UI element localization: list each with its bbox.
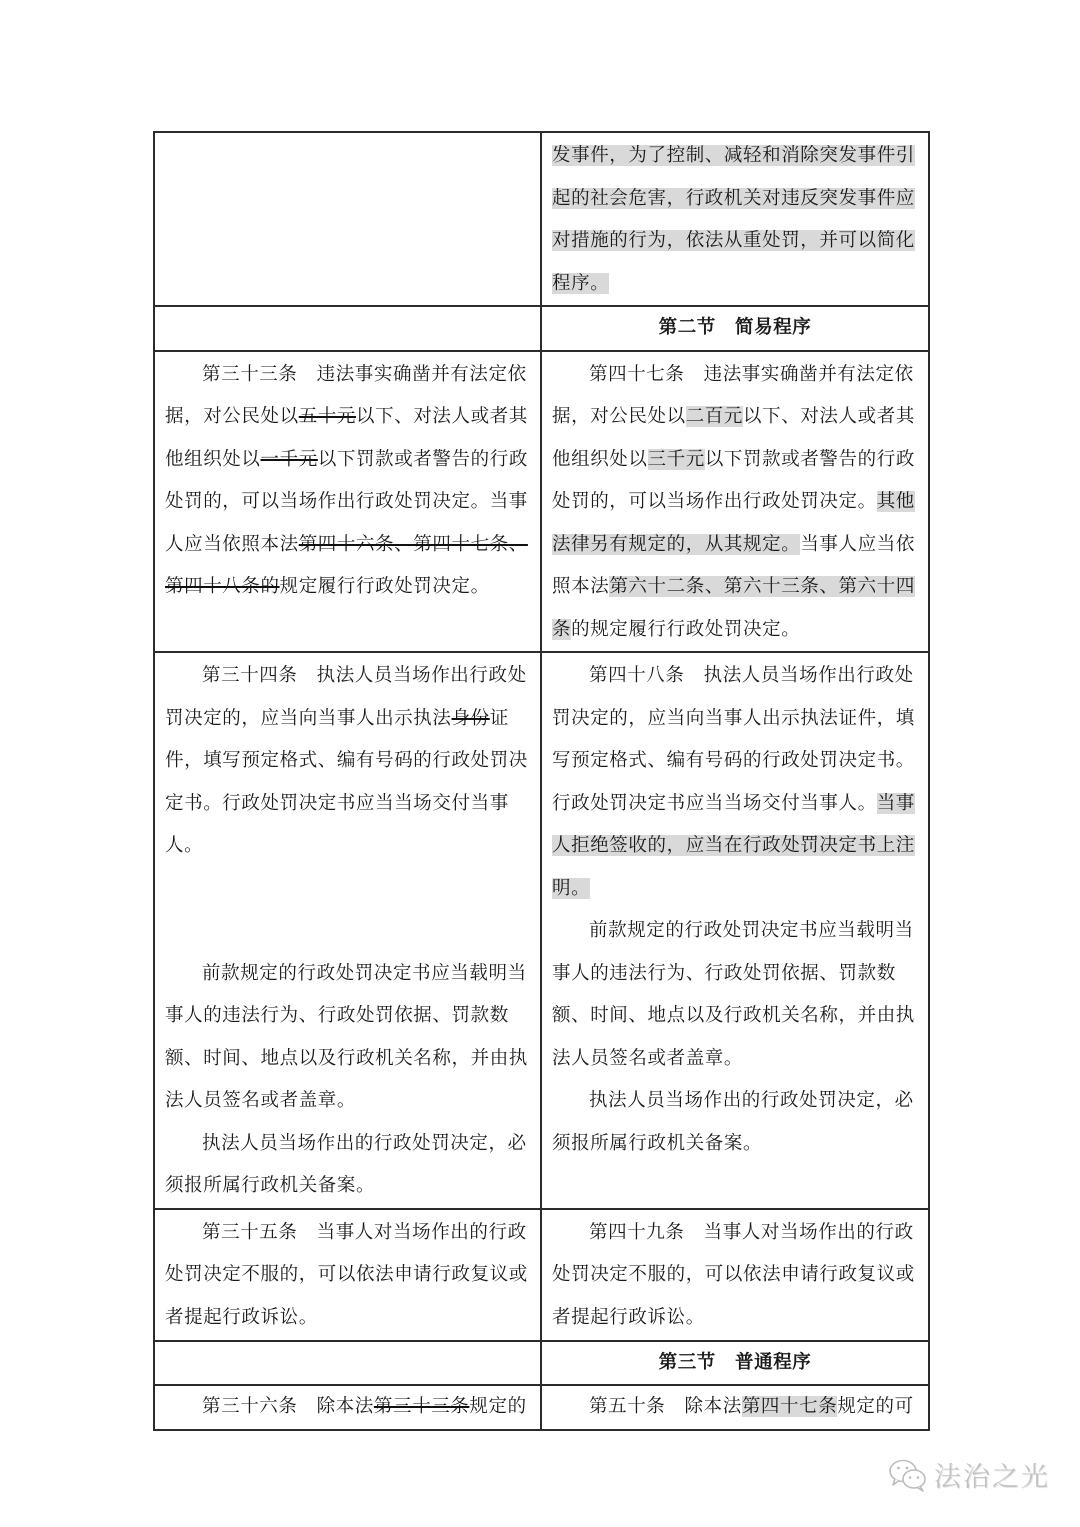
- new-text-cell: 发事件，为了控制、减轻和消除突发事件引起的社会危害，行政机关对违反突发事件应对措…: [541, 132, 929, 306]
- text-segment: 前款规定的行政处罚决定书应当载明当事人的违法行为、行政处罚依据、罚款数额、时间、…: [552, 920, 915, 1069]
- article-paragraph: 第三十三条 违法事实确凿并有法定依据，对公民处以五十元以下、对法人或者其他组织处…: [165, 354, 530, 609]
- old-text-cell: 第三十三条 违法事实确凿并有法定依据，对公民处以五十元以下、对法人或者其他组织处…: [154, 351, 541, 653]
- old-text-cell: [154, 306, 541, 351]
- added-text: 三千元: [648, 449, 705, 470]
- new-text-cell: 第二节 简易程序: [541, 306, 929, 351]
- new-text-cell: 第四十八条 执法人员当场作出行政处罚决定的，应当向当事人出示执法证件，填写预定格…: [541, 652, 929, 1209]
- old-text-cell: [154, 132, 541, 306]
- text-segment: 规定履行行政处罚决定。: [280, 576, 490, 597]
- added-text: 二百元: [686, 406, 743, 427]
- new-text-cell: 第三节 普通程序: [541, 1341, 929, 1386]
- deleted-text: 一千元: [261, 449, 318, 470]
- wechat-icon: [888, 1458, 928, 1492]
- article-paragraph: 执法人员当场作出的行政处罚决定，必须报所属行政机关备案。: [165, 1123, 530, 1208]
- new-text-cell: 第四十九条 当事人对当场作出的行政处罚决定不服的，可以依法申请行政复议或者提起行…: [541, 1209, 929, 1341]
- section-heading: 第三节 普通程序: [552, 1342, 918, 1385]
- old-text-cell: 第三十五条 当事人对当场作出的行政处罚决定不服的，可以依法申请行政复议或者提起行…: [154, 1209, 541, 1341]
- article-paragraph: 发事件，为了控制、减轻和消除突发事件引起的社会危害，行政机关对违反突发事件应对措…: [552, 135, 918, 305]
- old-text-cell: 第三十六条 除本法第三十三条规定的: [154, 1385, 541, 1430]
- table-row: 第三十六条 除本法第三十三条规定的第五十条 除本法第四十七条规定的可: [154, 1385, 929, 1430]
- watermark: 法治之光: [888, 1455, 1050, 1494]
- deleted-text: 第三十三条: [374, 1396, 470, 1417]
- deleted-text: 身份: [452, 708, 490, 729]
- text-segment: 第四十九条 当事人对当场作出的行政处罚决定不服的，可以依法申请行政复议或者提起行…: [552, 1222, 915, 1328]
- table-row: 第三十五条 当事人对当场作出的行政处罚决定不服的，可以依法申请行政复议或者提起行…: [154, 1209, 929, 1341]
- added-text: 发事件，为了控制、减轻和消除突发事件引起的社会危害，行政机关对违反突发事件应对措…: [552, 145, 915, 294]
- old-text-cell: [154, 1341, 541, 1386]
- table-row: 发事件，为了控制、减轻和消除突发事件引起的社会危害，行政机关对违反突发事件应对措…: [154, 132, 929, 306]
- new-text-cell: 第五十条 除本法第四十七条规定的可: [541, 1385, 929, 1430]
- article-paragraph: 第四十八条 执法人员当场作出行政处罚决定的，应当向当事人出示执法证件，填写预定格…: [552, 655, 918, 910]
- article-paragraph: 第三十五条 当事人对当场作出的行政处罚决定不服的，可以依法申请行政复议或者提起行…: [165, 1212, 530, 1340]
- document-page: 发事件，为了控制、减轻和消除突发事件引起的社会危害，行政机关对违反突发事件应对措…: [0, 0, 1080, 1527]
- text-segment: 第五十条 除本法: [589, 1396, 742, 1417]
- section-heading: 第二节 简易程序: [552, 307, 918, 350]
- table-row: 第三节 普通程序: [154, 1341, 929, 1386]
- text-segment: 前款规定的行政处罚决定书应当载明当事人的违法行为、行政处罚依据、罚款数额、时间、…: [165, 963, 528, 1112]
- article-paragraph: 第五十条 除本法第四十七条规定的可: [552, 1386, 918, 1429]
- article-paragraph: 第三十六条 除本法第三十三条规定的: [165, 1386, 530, 1429]
- text-segment: 第三十六条 除本法: [202, 1396, 374, 1417]
- article-paragraph: 前款规定的行政处罚决定书应当载明当事人的违法行为、行政处罚依据、罚款数额、时间、…: [165, 953, 530, 1123]
- text-segment: 执法人员当场作出的行政处罚决定，必须报所属行政机关备案。: [165, 1133, 527, 1197]
- text-segment: 规定的可: [837, 1396, 913, 1417]
- spacer: [165, 868, 530, 953]
- text-segment: 规定的: [469, 1396, 526, 1417]
- new-text-cell: 第四十七条 违法事实确凿并有法定依据，对公民处以二百元以下、对法人或者其他组织处…: [541, 351, 929, 653]
- text-segment: 执法人员当场作出的行政处罚决定，必须报所属行政机关备案。: [552, 1090, 914, 1154]
- article-paragraph: 执法人员当场作出的行政处罚决定，必须报所属行政机关备案。: [552, 1080, 918, 1165]
- article-paragraph: 前款规定的行政处罚决定书应当载明当事人的违法行为、行政处罚依据、罚款数额、时间、…: [552, 910, 918, 1080]
- article-paragraph: 第四十九条 当事人对当场作出的行政处罚决定不服的，可以依法申请行政复议或者提起行…: [552, 1212, 918, 1340]
- table-row: 第二节 简易程序: [154, 306, 929, 351]
- old-text-cell: 第三十四条 执法人员当场作出行政处罚决定的，应当向当事人出示执法身份证件，填写预…: [154, 652, 541, 1209]
- text-segment: 证件，填写预定格式、编有号码的行政处罚决定书。行政处罚决定书应当当场交付当事人。: [165, 708, 528, 857]
- deleted-text: 五十元: [299, 406, 356, 427]
- text-segment: 第四十八条 执法人员当场作出行政处罚决定的，应当向当事人出示执法证件，填写预定格…: [552, 665, 915, 814]
- table-row: 第三十四条 执法人员当场作出行政处罚决定的，应当向当事人出示执法身份证件，填写预…: [154, 652, 929, 1209]
- added-text: 第四十七条: [742, 1396, 838, 1417]
- table-row: 第三十三条 违法事实确凿并有法定依据，对公民处以五十元以下、对法人或者其他组织处…: [154, 351, 929, 653]
- article-paragraph: 第三十四条 执法人员当场作出行政处罚决定的，应当向当事人出示执法身份证件，填写预…: [165, 655, 530, 868]
- article-paragraph: 第四十七条 违法事实确凿并有法定依据，对公民处以二百元以下、对法人或者其他组织处…: [552, 354, 918, 652]
- text-segment: 的规定履行行政处罚决定。: [571, 619, 800, 640]
- watermark-text: 法治之光: [934, 1455, 1050, 1494]
- law-comparison-table: 发事件，为了控制、减轻和消除突发事件引起的社会危害，行政机关对违反突发事件应对措…: [153, 131, 930, 1431]
- text-segment: 第三十五条 当事人对当场作出的行政处罚决定不服的，可以依法申请行政复议或者提起行…: [165, 1222, 528, 1328]
